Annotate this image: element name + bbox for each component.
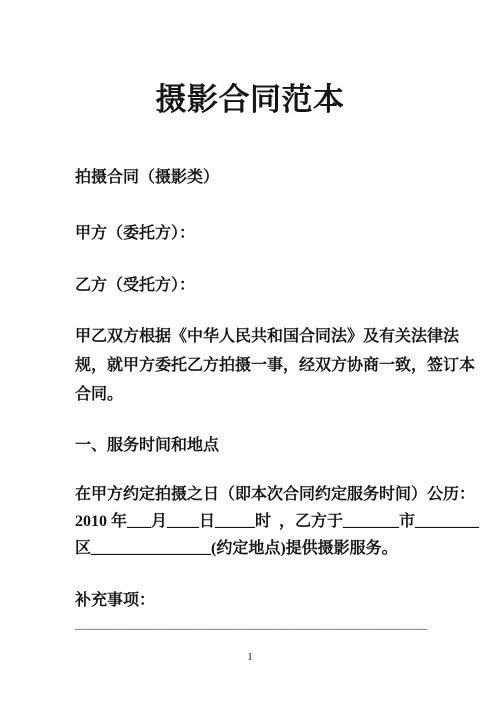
contract-type-line: 拍摄合同（摄影类） — [75, 164, 500, 192]
blank-fill-line: ________________________________________… — [75, 612, 500, 636]
preamble-line: 合同。 — [75, 380, 500, 409]
preamble-line: 甲乙双方根据《中华人民共和国合同法》及有关法律法 — [75, 322, 500, 351]
party-a-line: 甲方（委托方）： — [75, 220, 500, 248]
supplement-label: 补充事项： — [75, 587, 500, 615]
preamble-paragraph: 甲乙双方根据《中华人民共和国合同法》及有关法律法 规，就甲方委托乙方拍摄一事，经… — [0, 322, 500, 409]
service-time-intro-line: 在甲方约定拍摄之日（即本次合同约定服务时间）公历： — [75, 481, 500, 508]
service-location-blanks-line: 区_______________(约定地点)提供摄影服务。 — [75, 535, 500, 562]
document-page: 摄影合同范本 拍摄合同（摄影类） 甲方（委托方）： 乙方（受托方）： 甲乙双方根… — [0, 0, 500, 707]
document-title: 摄影合同范本 — [0, 80, 500, 120]
preamble-line: 规，就甲方委托乙方拍摄一事，经双方协商一致，签订本 — [75, 351, 500, 380]
service-datetime-blanks-line: 2010 年___月____日_____时 ，乙方于_______市______… — [75, 508, 500, 535]
section1-heading: 一、服务时间和地点 — [75, 432, 500, 460]
section1-paragraph: 在甲方约定拍摄之日（即本次合同约定服务时间）公历： 2010 年___月____… — [0, 481, 500, 562]
party-b-line: 乙方（受托方）： — [75, 272, 500, 300]
page-number: 1 — [0, 650, 500, 664]
